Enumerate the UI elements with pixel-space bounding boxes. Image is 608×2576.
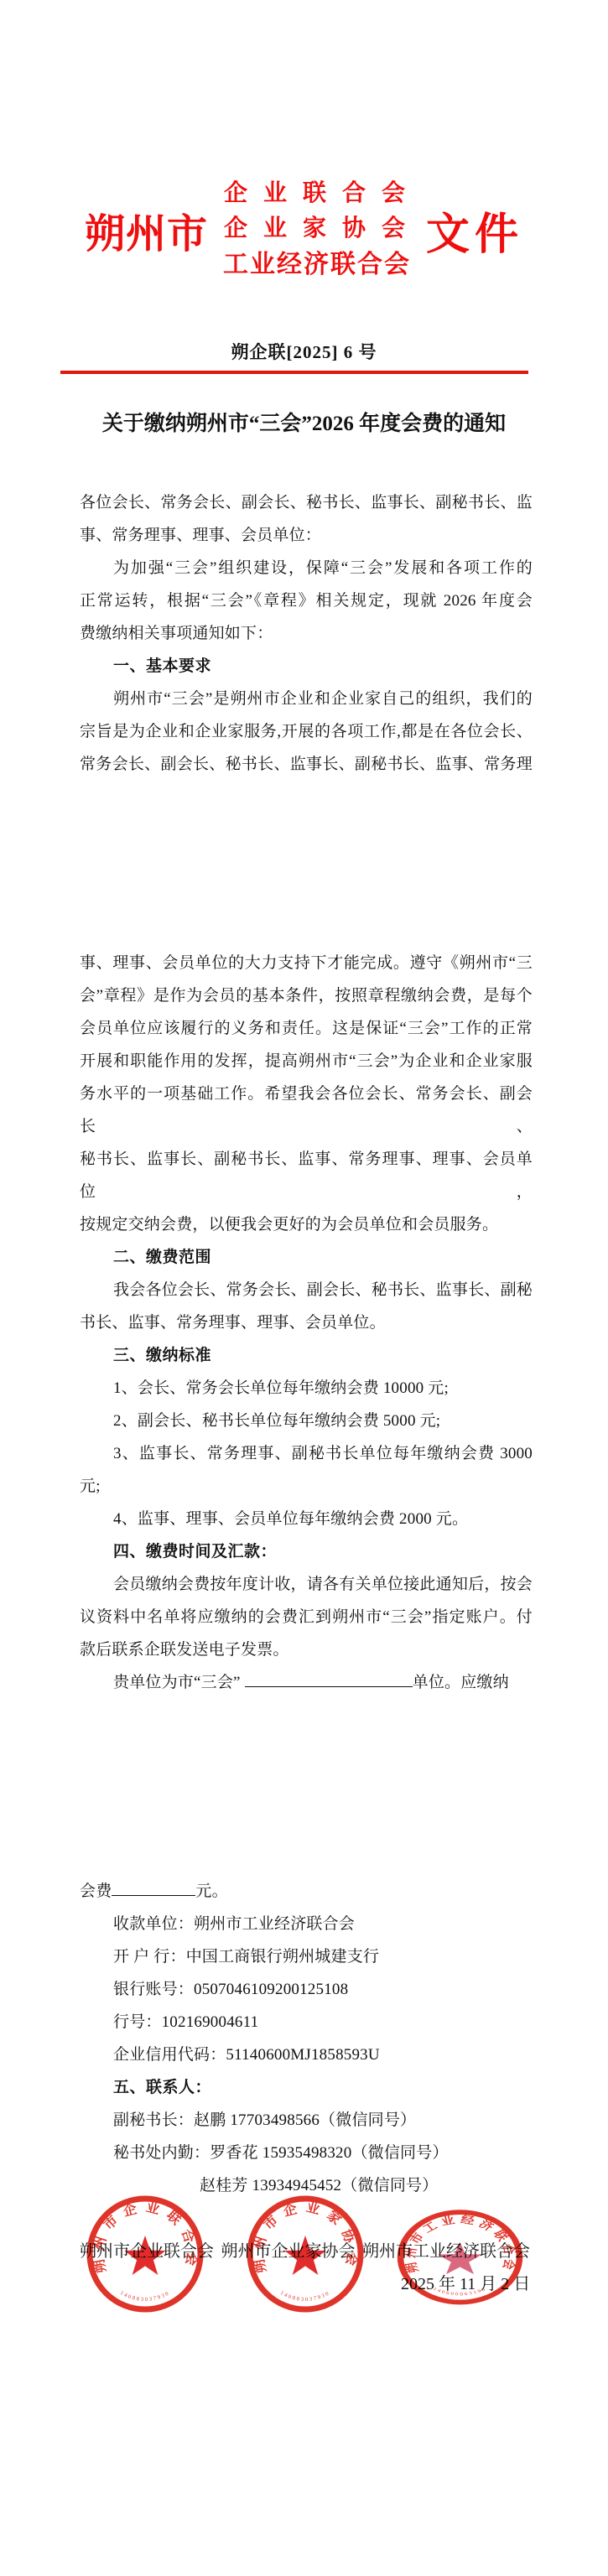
body-line: 3、监事长、常务理事、副秘书长单位每年缴纳会费 3000 [80, 1437, 533, 1470]
document-body: 各位会长、常务会长、副会长、秘书长、监事长、副秘书长、监事、常务理事、理事、会员… [80, 486, 533, 2202]
body-line: 1、会长、常务会长单位每年缴纳会费 10000 元; [80, 1372, 533, 1405]
body-line: 款后联系企联发送电子发票。 [80, 1633, 533, 1666]
letterhead-org-line-2: 企 业 家 协 会 [224, 211, 410, 247]
body-line: 事、常务理事、理事、会员单位： [80, 519, 533, 552]
seal-code: 140883037930 [279, 2290, 331, 2303]
body-line: 收款单位：朔州市工业经济联合会 [80, 1908, 533, 1940]
section-heading: 一、基本要求 [80, 650, 533, 683]
official-seal-enterprise-federation: 朔州市企业联合会 140883037930 [84, 2190, 206, 2316]
body-line: 常务会长、副会长、秘书长、监事长、副秘书长、监事、常务理 [80, 748, 533, 781]
body-line: 正常运转，根据“三会”《章程》相关规定，现就 2026 年度会 [80, 584, 533, 617]
body-line: 元; [80, 1470, 533, 1503]
letterhead-city: 朔州市 [85, 201, 208, 259]
body-line: 事、理事、会员单位的大力支持下才能完成。遵守《朔州市“三 [80, 947, 533, 979]
seal-star-icon [438, 2242, 482, 2274]
body-line: 为加强“三会”组织建设，保障“三会”发展和各项工作的 [80, 552, 533, 584]
document-number: 朔企联[2025] 6 号 [0, 339, 608, 364]
seal-code: 140883037930 [119, 2290, 171, 2303]
body-line: 开 户 行：中国工商银行朔州城建支行 [80, 1940, 533, 1973]
document-title: 关于缴纳朔州市“三会”2026 年度会费的通知 [0, 408, 608, 441]
fill-in-blank [245, 1670, 413, 1687]
body-line: 秘书处内勤：罗香花 15935498320（微信同号） [80, 2137, 533, 2169]
body-line: 开展和职能作用的发挥，提高朔州市“三会”为企业和企业家服 [80, 1045, 533, 1078]
letterhead-org-line-1: 企 业 联 合 会 [224, 176, 410, 211]
body-line: 银行账号：0507046109200125108 [80, 1973, 533, 2006]
body-line: 秘书长、监事长、副秘书长、监事、常务理事、理事、会员单位， [80, 1143, 533, 1208]
seal-code: 140600063190 [432, 2287, 488, 2298]
body-line: 会员单位应该履行的义务和责任。这是保证“三会”工作的正常 [80, 1012, 533, 1045]
section-heading: 五、联系人： [80, 2071, 533, 2104]
body-line: 企业信用代码：51140600MJ1858593U [80, 2038, 533, 2071]
red-divider-rule [60, 371, 528, 374]
body-line: 会员缴纳会费按年度计收，请各有关单位接此通知后，按会 [80, 1568, 533, 1601]
body-line: 按规定交纳会费，以便我会更好的为会员单位和会员服务。 [80, 1208, 533, 1241]
document-page: 朔州市 企 业 联 合 会 企 业 家 协 会 工业经济联合会 文件 朔企联[2… [0, 0, 608, 2576]
body-line: 会”章程》是作为会员的基本条件，按照章程缴纳会费，是每个 [80, 979, 533, 1012]
seal-star-icon [124, 2236, 165, 2275]
body-line: 会费元。 [80, 1875, 533, 1908]
body-line: 各位会长、常务会长、副会长、秘书长、监事长、副秘书长、监 [80, 486, 533, 519]
official-seal-industrial-economic-federation: 朔州市工业经济联合会 140600063190 [394, 2205, 526, 2308]
body-line: 我会各位会长、常务会长、副会长、秘书长、监事长、副秘 [80, 1274, 533, 1306]
seal-star-icon [284, 2236, 325, 2275]
body-line: 宗旨是为企业和企业家服务,开展的各项工作,都是在各位会长、 [80, 715, 533, 748]
body-line: 议资料中名单将应缴纳的会费汇到朔州市“三会”指定账户。付 [80, 1601, 533, 1633]
letterhead: 朔州市 企 业 联 合 会 企 业 家 协 会 工业经济联合会 文件 [0, 176, 608, 283]
body-line: 副秘书长：赵鹏 17703498566（微信同号） [80, 2104, 533, 2137]
fill-in-blank [112, 1879, 195, 1896]
body-line: 行号：102169004611 [80, 2006, 533, 2038]
body-line: 贵单位为市“三会” 单位。应缴纳 [80, 1666, 533, 1699]
section-heading: 二、缴费范围 [80, 1241, 533, 1274]
letterhead-org-line-3: 工业经济联合会 [223, 247, 411, 283]
body-line: 费缴纳相关事项通知如下： [80, 617, 533, 650]
body-line: 书长、监事、常务理事、理事、会员单位。 [80, 1306, 533, 1339]
letterhead-organizations: 企 业 联 合 会 企 业 家 协 会 工业经济联合会 [223, 176, 411, 283]
section-heading: 四、缴费时间及汇款： [80, 1535, 533, 1568]
body-line: 务水平的一项基础工作。希望我会各位会长、常务会长、副会长、 [80, 1078, 533, 1143]
letterhead-document-word: 文件 [426, 199, 523, 262]
body-line: 4、监事、理事、会员单位每年缴纳会费 2000 元。 [80, 1503, 533, 1535]
official-seal-entrepreneurs-association: 朔州市企业家协会 140883037930 [244, 2190, 366, 2316]
section-heading: 三、缴纳标准 [80, 1339, 533, 1372]
body-line: 2、副会长、秘书长单位每年缴纳会费 5000 元; [80, 1405, 533, 1437]
body-line: 朔州市“三会”是朔州市企业和企业家自己的组织，我们的 [80, 683, 533, 715]
